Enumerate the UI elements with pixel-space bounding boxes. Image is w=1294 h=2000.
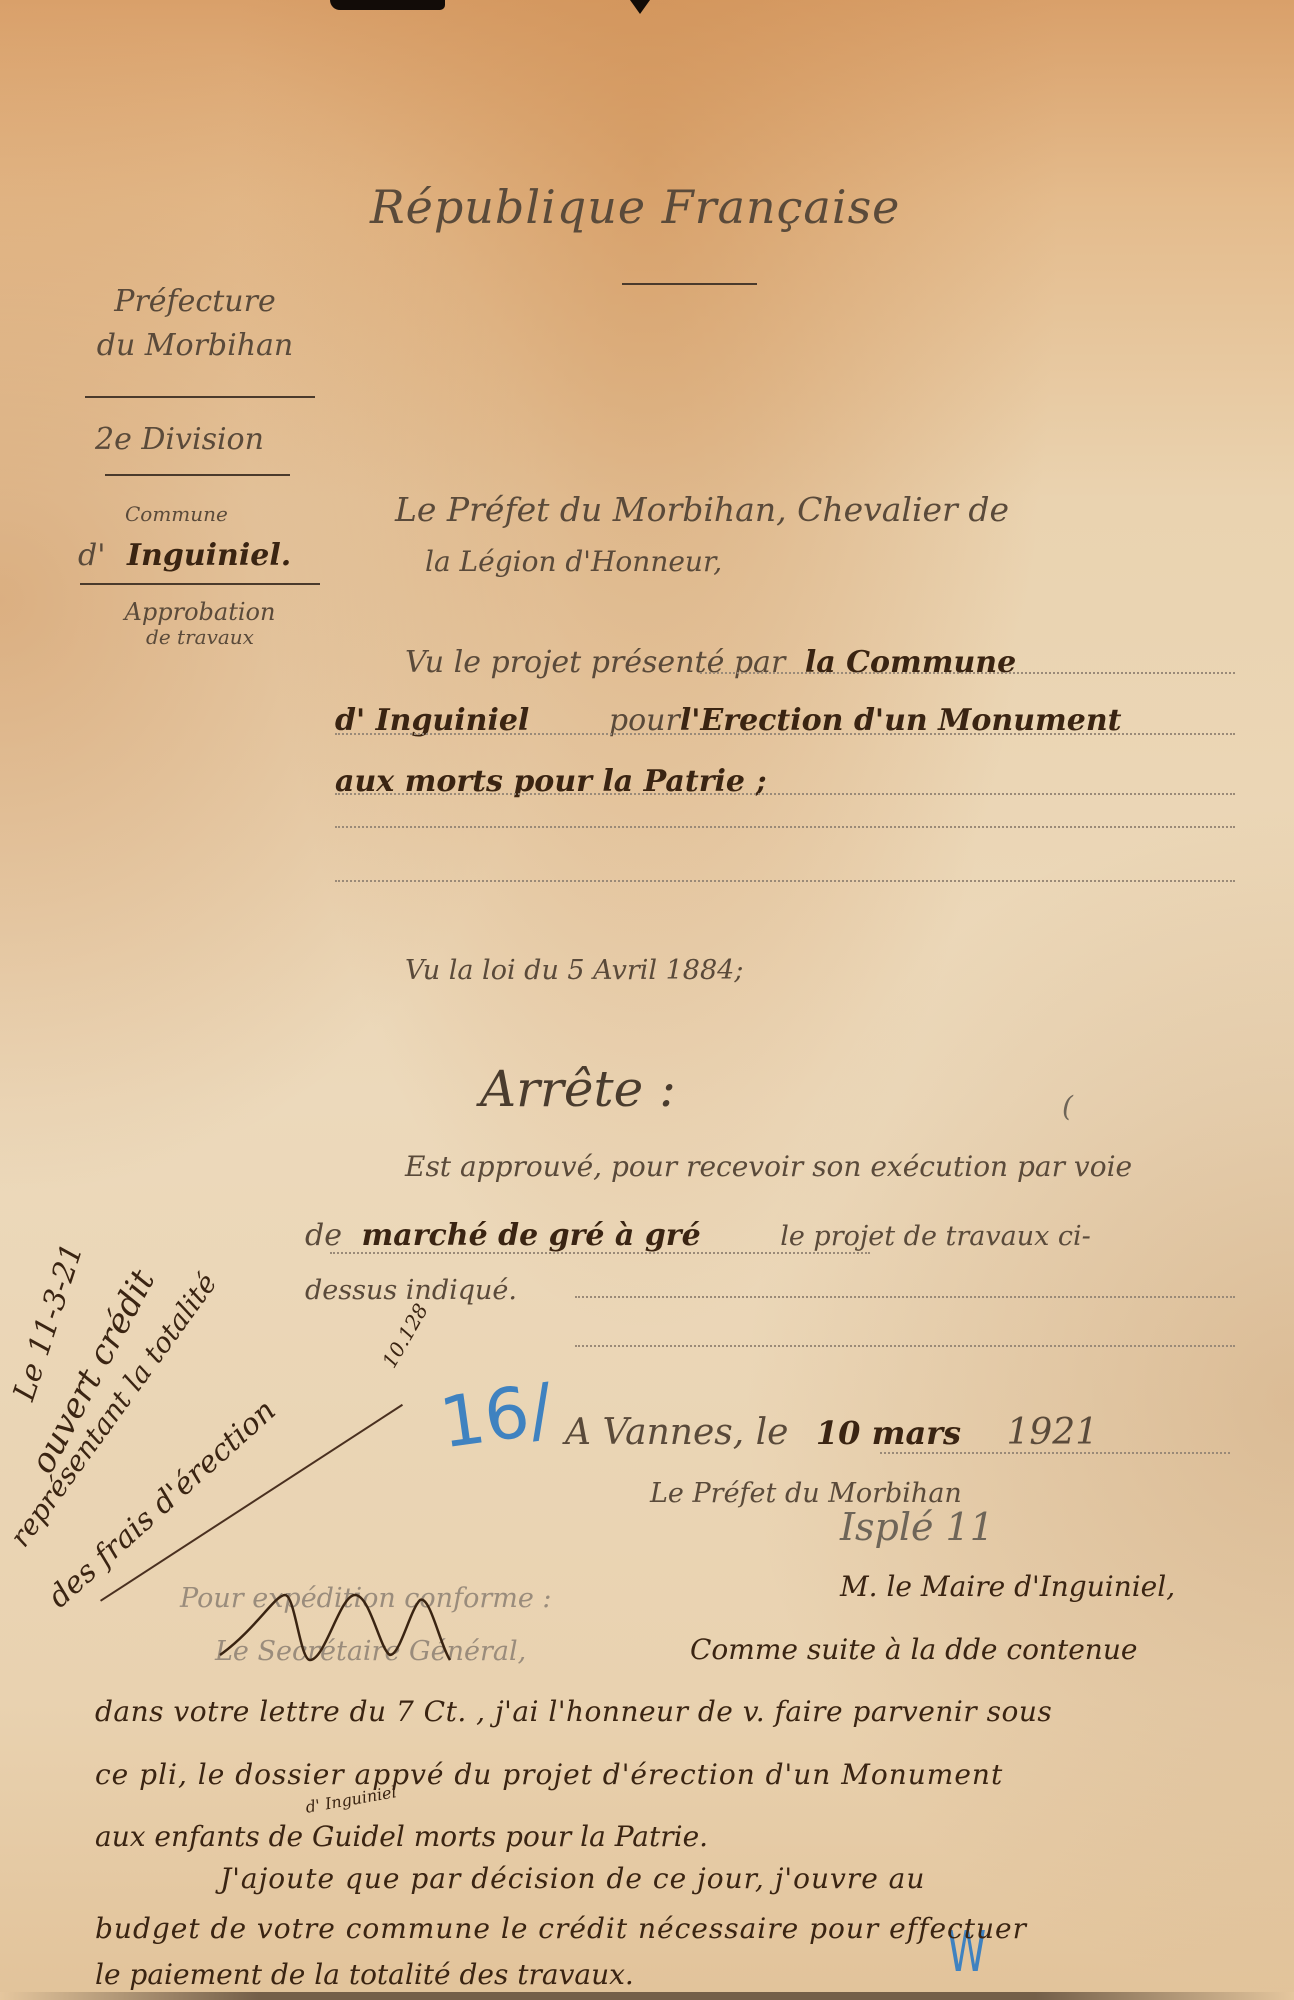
arrete-line2: de marché de gré à gré le projet de trav… (305, 1218, 1091, 1253)
strike-scribble (215, 1590, 455, 1665)
vu-projet-presenter: la Commune (805, 645, 1016, 680)
title-underline (622, 283, 757, 285)
place-date-printed: A Vannes, le (565, 1412, 788, 1453)
sidebar-rule-3 (80, 583, 320, 585)
fill-line-6 (330, 1252, 870, 1254)
commune-name: Inguiniel. (127, 538, 291, 573)
vu-projet-line1: Vu le projet présenté par la Commune (405, 645, 1016, 680)
vu-loi: Vu la loi du 5 Avril 1884; (405, 955, 743, 986)
letter-line6: budget de votre commune le crédit nécess… (95, 1912, 1027, 1945)
fill-line-8 (575, 1345, 1235, 1347)
commune-label: Commune (125, 502, 228, 526)
margin-note-amount: 10.128 (377, 1299, 433, 1372)
commune-prefix: d' (78, 538, 105, 573)
arrete-line1: Est approuvé, pour recevoir son exécutio… (405, 1150, 1132, 1183)
preamble-line2: la Légion d'Honneur, (425, 545, 722, 578)
letter-line4: aux enfants de Guidel morts pour la Patr… (95, 1820, 708, 1853)
sidebar-header: Préfecture du Morbihan (60, 280, 330, 368)
arrete-mode: marché de gré à gré (362, 1218, 701, 1253)
sidebar-rule-2 (105, 474, 290, 476)
fill-line-3 (335, 793, 1235, 795)
pencil-mark: ( (1062, 1090, 1073, 1123)
division-label: 2e Division (95, 422, 264, 457)
date-fill-line (880, 1452, 1230, 1454)
subject: Approbation de travaux (90, 598, 310, 648)
subject-line1: Approbation (90, 598, 310, 626)
fill-line-4 (335, 826, 1235, 828)
arrete-heading: Arrête : (480, 1060, 676, 1118)
letter-line1: Comme suite à la dde contenue (690, 1633, 1137, 1666)
fill-line-2 (335, 733, 1235, 735)
prefecture-line1: Préfecture (60, 280, 330, 324)
date-handwritten: 10 mars (816, 1414, 961, 1452)
bottom-edge (0, 1992, 1294, 2000)
date-year: 1921 (1007, 1412, 1099, 1453)
arrete-de: de (305, 1218, 342, 1253)
letter-addressee: M. le Maire d'Inguiniel, (840, 1570, 1175, 1603)
torn-edge-left (330, 0, 445, 10)
torn-edge-right (630, 0, 650, 14)
prefecture-line2: du Morbihan (60, 324, 330, 368)
vu-projet-intro: Vu le projet présenté par (405, 645, 785, 680)
letter-line5: J'ajoute que par décision de ce jour, j'… (220, 1862, 925, 1895)
commune-line: d' Inguiniel. (78, 538, 291, 573)
signature: Isplé 11 (840, 1505, 994, 1549)
blue-mark-16: 16/ (435, 1368, 558, 1465)
subject-line2: de travaux (90, 626, 310, 648)
fill-line-7 (575, 1296, 1235, 1298)
fill-line-5 (335, 880, 1235, 882)
letter-line3: ce pli, le dossier appvé du projet d'ére… (95, 1758, 1003, 1791)
page-title: République Française (370, 180, 900, 234)
place-date-line: A Vannes, le 10 mars 1921 (565, 1412, 1098, 1453)
preamble-line1: Le Préfet du Morbihan, Chevalier de (395, 490, 1009, 529)
fill-line-1 (700, 672, 1235, 674)
arrete-line2-end: le projet de travaux ci- (780, 1221, 1091, 1252)
letter-line7: le paiement de la totalité des travaux. (95, 1958, 634, 1991)
letter-line2: dans votre lettre du 7 Ct. , j'ai l'honn… (95, 1695, 1052, 1728)
sidebar-rule-1 (85, 396, 315, 398)
